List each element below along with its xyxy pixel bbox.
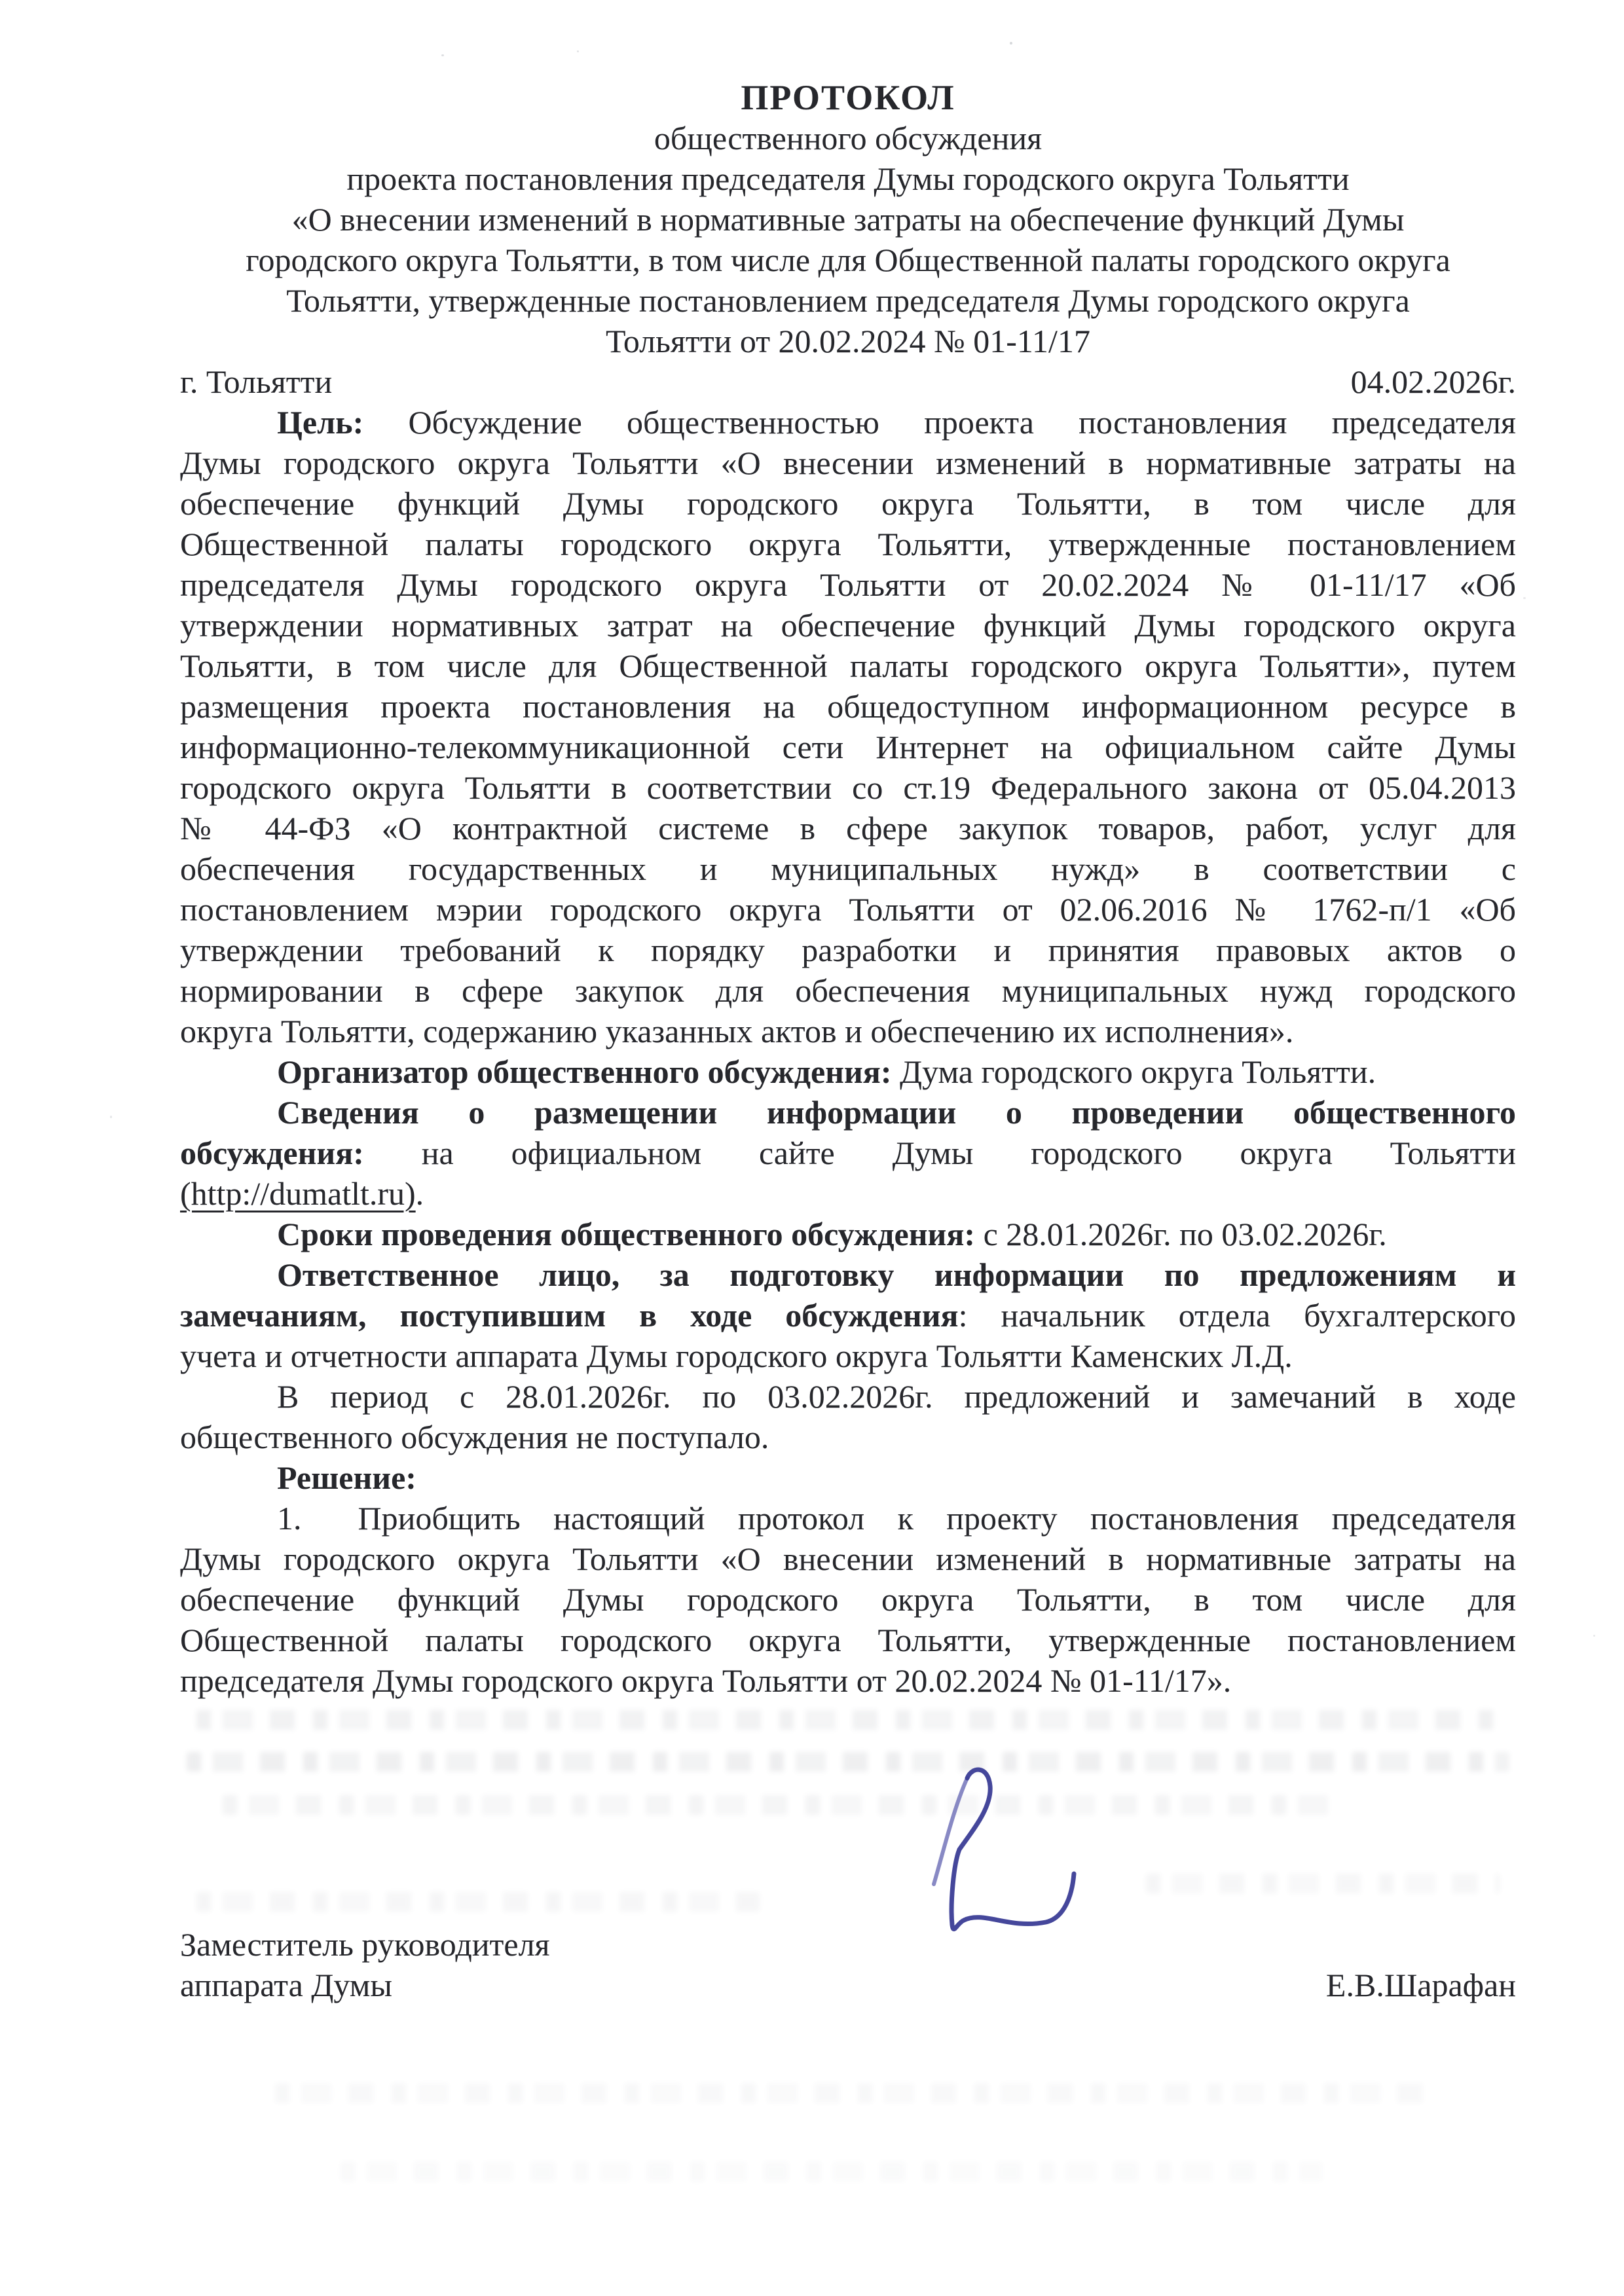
text-line: обсуждения: на официальном сайте Думы го… bbox=[180, 1133, 1516, 1173]
body-text: 1. bbox=[277, 1500, 302, 1537]
body-text: размещения проекта постановления на обще… bbox=[180, 688, 1516, 725]
text-line: председателя Думы городского округа Толь… bbox=[180, 564, 1516, 605]
body-text: обеспечения государственных и муниципаль… bbox=[180, 850, 1516, 887]
body-text: обеспечение функций Думы городского окру… bbox=[180, 1581, 1516, 1618]
body-text: постановлением мэрии городского округа Т… bbox=[180, 891, 1516, 928]
signoff-position-line: аппарата Думы bbox=[180, 1965, 1516, 2005]
scan-artifact bbox=[341, 2162, 1323, 2181]
responsible-person-paragraph: Ответственное лицо, за подготовку информ… bbox=[180, 1254, 1516, 1376]
body-text: округа Тольятти, содержанию указанных ак… bbox=[180, 1013, 1293, 1049]
signature-upstroke bbox=[934, 1778, 967, 1884]
scan-artifact bbox=[1146, 1874, 1500, 1893]
bold-lead-text: Ответственное лицо, за подготовку информ… bbox=[277, 1256, 1516, 1293]
body-text: Тольятти, в том числе для Общественной п… bbox=[180, 647, 1516, 684]
scan-speck bbox=[577, 50, 579, 52]
text-line: информационно-телекоммуникационной сети … bbox=[180, 727, 1516, 767]
text-line: обеспечения государственных и муниципаль… bbox=[180, 848, 1516, 889]
body-text: № 44-ФЗ «О контрактной системе в сфере з… bbox=[180, 810, 1516, 847]
text-line: обеспечение функций Думы городского окру… bbox=[180, 1579, 1516, 1620]
bold-lead-text: Сроки проведения общественного обсуждени… bbox=[277, 1216, 975, 1252]
placement-info-paragraph: Сведения о размещении информации о прове… bbox=[180, 1092, 1516, 1214]
scan-artifact bbox=[187, 1752, 1509, 1772]
indent-space bbox=[180, 1123, 277, 1123]
body-text: общественного обсуждения не поступало. bbox=[180, 1419, 769, 1455]
text-line: постановлением мэрии городского округа Т… bbox=[180, 889, 1516, 930]
document-content: ПРОТОКОЛобщественного обсужденияпроекта … bbox=[180, 77, 1516, 1701]
no-proposals-paragraph: В период с 28.01.2026г. по 03.02.2026г. … bbox=[180, 1376, 1516, 1457]
scan-speck bbox=[1593, 1635, 1595, 1637]
indent-space bbox=[180, 1082, 277, 1083]
body-text: : начальник отдела бухгалтерского bbox=[959, 1297, 1516, 1334]
title-line: Тольятти, утвержденные постановлением пр… bbox=[180, 280, 1516, 321]
text-line: утверждении нормативных затрат на обеспе… bbox=[180, 605, 1516, 646]
text-line: размещения проекта постановления на обще… bbox=[180, 686, 1516, 727]
scan-speck bbox=[110, 1116, 112, 1118]
text-line: обеспечение функций Думы городского окру… bbox=[180, 483, 1516, 524]
timeline-paragraph: Сроки проведения общественного обсуждени… bbox=[180, 1214, 1516, 1254]
title-line: проекта постановления председателя Думы … bbox=[180, 158, 1516, 199]
dateline-date: 04.02.2026г. bbox=[1351, 361, 1516, 402]
body-text: Приобщить настоящий протокол к проекту п… bbox=[358, 1500, 1517, 1537]
scan-artifact bbox=[196, 1710, 1500, 1730]
body-text: Думы городского округа Тольятти «О внесе… bbox=[180, 445, 1516, 481]
body-text: утверждении нормативных затрат на обеспе… bbox=[180, 607, 1516, 644]
body-text: с 28.01.2026г. по 03.02.2026г. bbox=[975, 1216, 1387, 1252]
scan-artifact bbox=[223, 1795, 1336, 1815]
bold-lead-text: Решение: bbox=[277, 1459, 416, 1496]
text-line: Думы городского округа Тольятти «О внесе… bbox=[180, 1539, 1516, 1579]
scan-speck bbox=[1010, 42, 1012, 45]
body-text: на официальном сайте Думы городского окр… bbox=[364, 1135, 1516, 1171]
url-text: (http://dumatlt.ru) bbox=[180, 1175, 416, 1212]
body-text: . bbox=[416, 1175, 424, 1212]
indent-space bbox=[180, 433, 277, 433]
scan-speck bbox=[1523, 597, 1526, 599]
body-text: обеспечение функций Думы городского окру… bbox=[180, 485, 1516, 522]
text-line: В период с 28.01.2026г. по 03.02.2026г. … bbox=[180, 1376, 1516, 1417]
text-line: округа Тольятти, содержанию указанных ак… bbox=[180, 1011, 1516, 1051]
bold-lead-text: Организатор общественного обсуждения: bbox=[277, 1053, 892, 1090]
text-line: 1.Приобщить настоящий протокол к проекту… bbox=[180, 1498, 1516, 1539]
text-line: Ответственное лицо, за подготовку информ… bbox=[180, 1254, 1516, 1295]
scanned-protocol-page: ПРОТОКОЛобщественного обсужденияпроекта … bbox=[0, 0, 1624, 2296]
organizer-paragraph: Организатор общественного обсуждения: Ду… bbox=[180, 1051, 1516, 1092]
dateline-place: г. Тольятти bbox=[180, 361, 332, 402]
indent-space bbox=[302, 1529, 358, 1529]
title-line: «О внесении изменений в нормативные затр… bbox=[180, 199, 1516, 240]
text-line: № 44-ФЗ «О контрактной системе в сфере з… bbox=[180, 808, 1516, 848]
signoff-name: Е.В.Шарафан bbox=[1326, 1965, 1516, 2005]
text-line: председателя Думы городского округа Толь… bbox=[180, 1660, 1516, 1701]
text-line: учета и отчетности аппарата Думы городск… bbox=[180, 1336, 1516, 1376]
goal-paragraph: Цель: Обсуждение общественностью проекта… bbox=[180, 402, 1516, 1051]
body-text: Думы городского округа Тольятти «О внесе… bbox=[180, 1540, 1516, 1577]
signature-main-stroke bbox=[951, 1770, 1074, 1929]
indent-space bbox=[180, 1285, 277, 1286]
document-body: Цель: Обсуждение общественностью проекта… bbox=[180, 402, 1516, 1701]
text-line: общественного обсуждения не поступало. bbox=[180, 1417, 1516, 1457]
text-line: утверждении требований к порядку разрабо… bbox=[180, 930, 1516, 970]
text-line: Сроки проведения общественного обсуждени… bbox=[180, 1214, 1516, 1254]
bold-lead-text: Сведения о размещении информации о прове… bbox=[277, 1094, 1516, 1131]
scan-speck bbox=[441, 54, 444, 56]
body-text: учета и отчетности аппарата Думы городск… bbox=[180, 1338, 1293, 1374]
text-line: Цель: Обсуждение общественностью проекта… bbox=[180, 402, 1516, 443]
decision-item-1: 1.Приобщить настоящий протокол к проекту… bbox=[180, 1498, 1516, 1701]
body-text: утверждении требований к порядку разрабо… bbox=[180, 932, 1516, 968]
text-line: нормировании в сфере закупок для обеспеч… bbox=[180, 970, 1516, 1011]
text-line: Общественной палаты городского округа То… bbox=[180, 1620, 1516, 1660]
indent-space bbox=[180, 1407, 277, 1408]
title-line-main: ПРОТОКОЛ bbox=[180, 77, 1516, 118]
text-line: Общественной палаты городского округа То… bbox=[180, 524, 1516, 564]
body-text: информационно-телекоммуникационной сети … bbox=[180, 729, 1516, 765]
text-line: Организатор общественного обсуждения: Ду… bbox=[180, 1051, 1516, 1092]
signoff-position-line: Заместитель руководителя bbox=[180, 1924, 1516, 1965]
body-text: председателя Думы городского округа Толь… bbox=[180, 566, 1516, 603]
bold-lead-text: Цель: bbox=[277, 404, 363, 441]
text-line: Сведения о размещении информации о прове… bbox=[180, 1092, 1516, 1133]
document-title: ПРОТОКОЛобщественного обсужденияпроекта … bbox=[180, 77, 1516, 361]
body-text: В период с 28.01.2026г. по 03.02.2026г. … bbox=[277, 1378, 1516, 1415]
title-line: общественного обсуждения bbox=[180, 118, 1516, 158]
title-line: Тольятти от 20.02.2024 № 01-11/17 bbox=[180, 321, 1516, 361]
text-line: городского округа Тольятти в соответстви… bbox=[180, 767, 1516, 808]
scan-artifact bbox=[275, 2083, 1428, 2103]
bold-lead-text: обсуждения: bbox=[180, 1135, 364, 1171]
decision-heading: Решение: bbox=[180, 1457, 1516, 1498]
title-line: городского округа Тольятти, в том числе … bbox=[180, 240, 1516, 280]
text-line: Тольятти, в том числе для Общественной п… bbox=[180, 646, 1516, 686]
indent-space bbox=[180, 1488, 277, 1489]
body-text: Обсуждение общественностью проекта поста… bbox=[363, 404, 1516, 441]
text-line: Думы городского округа Тольятти «О внесе… bbox=[180, 443, 1516, 483]
indent-space bbox=[180, 1529, 277, 1529]
body-text: Общественной палаты городского округа То… bbox=[180, 1622, 1516, 1658]
text-line: (http://dumatlt.ru). bbox=[180, 1173, 1516, 1214]
body-text: Дума городского округа Тольятти. bbox=[892, 1053, 1376, 1090]
bold-lead-text: замечаниям, поступившим в ходе обсуждени… bbox=[180, 1297, 959, 1334]
indent-space bbox=[180, 1245, 277, 1245]
body-text: председателя Думы городского округа Толь… bbox=[180, 1662, 1231, 1699]
body-text: нормировании в сфере закупок для обеспеч… bbox=[180, 972, 1516, 1009]
signoff-block: Заместитель руководителя аппарата Думы Е… bbox=[180, 1924, 1516, 2005]
scan-artifact bbox=[196, 1892, 760, 1912]
body-text: Общественной палаты городского округа То… bbox=[180, 526, 1516, 562]
text-line: Решение: bbox=[180, 1457, 1516, 1498]
dateline: г. Тольятти 04.02.2026г. bbox=[180, 361, 1516, 402]
body-text: городского округа Тольятти в соответстви… bbox=[180, 769, 1516, 806]
text-line: замечаниям, поступившим в ходе обсуждени… bbox=[180, 1295, 1516, 1336]
